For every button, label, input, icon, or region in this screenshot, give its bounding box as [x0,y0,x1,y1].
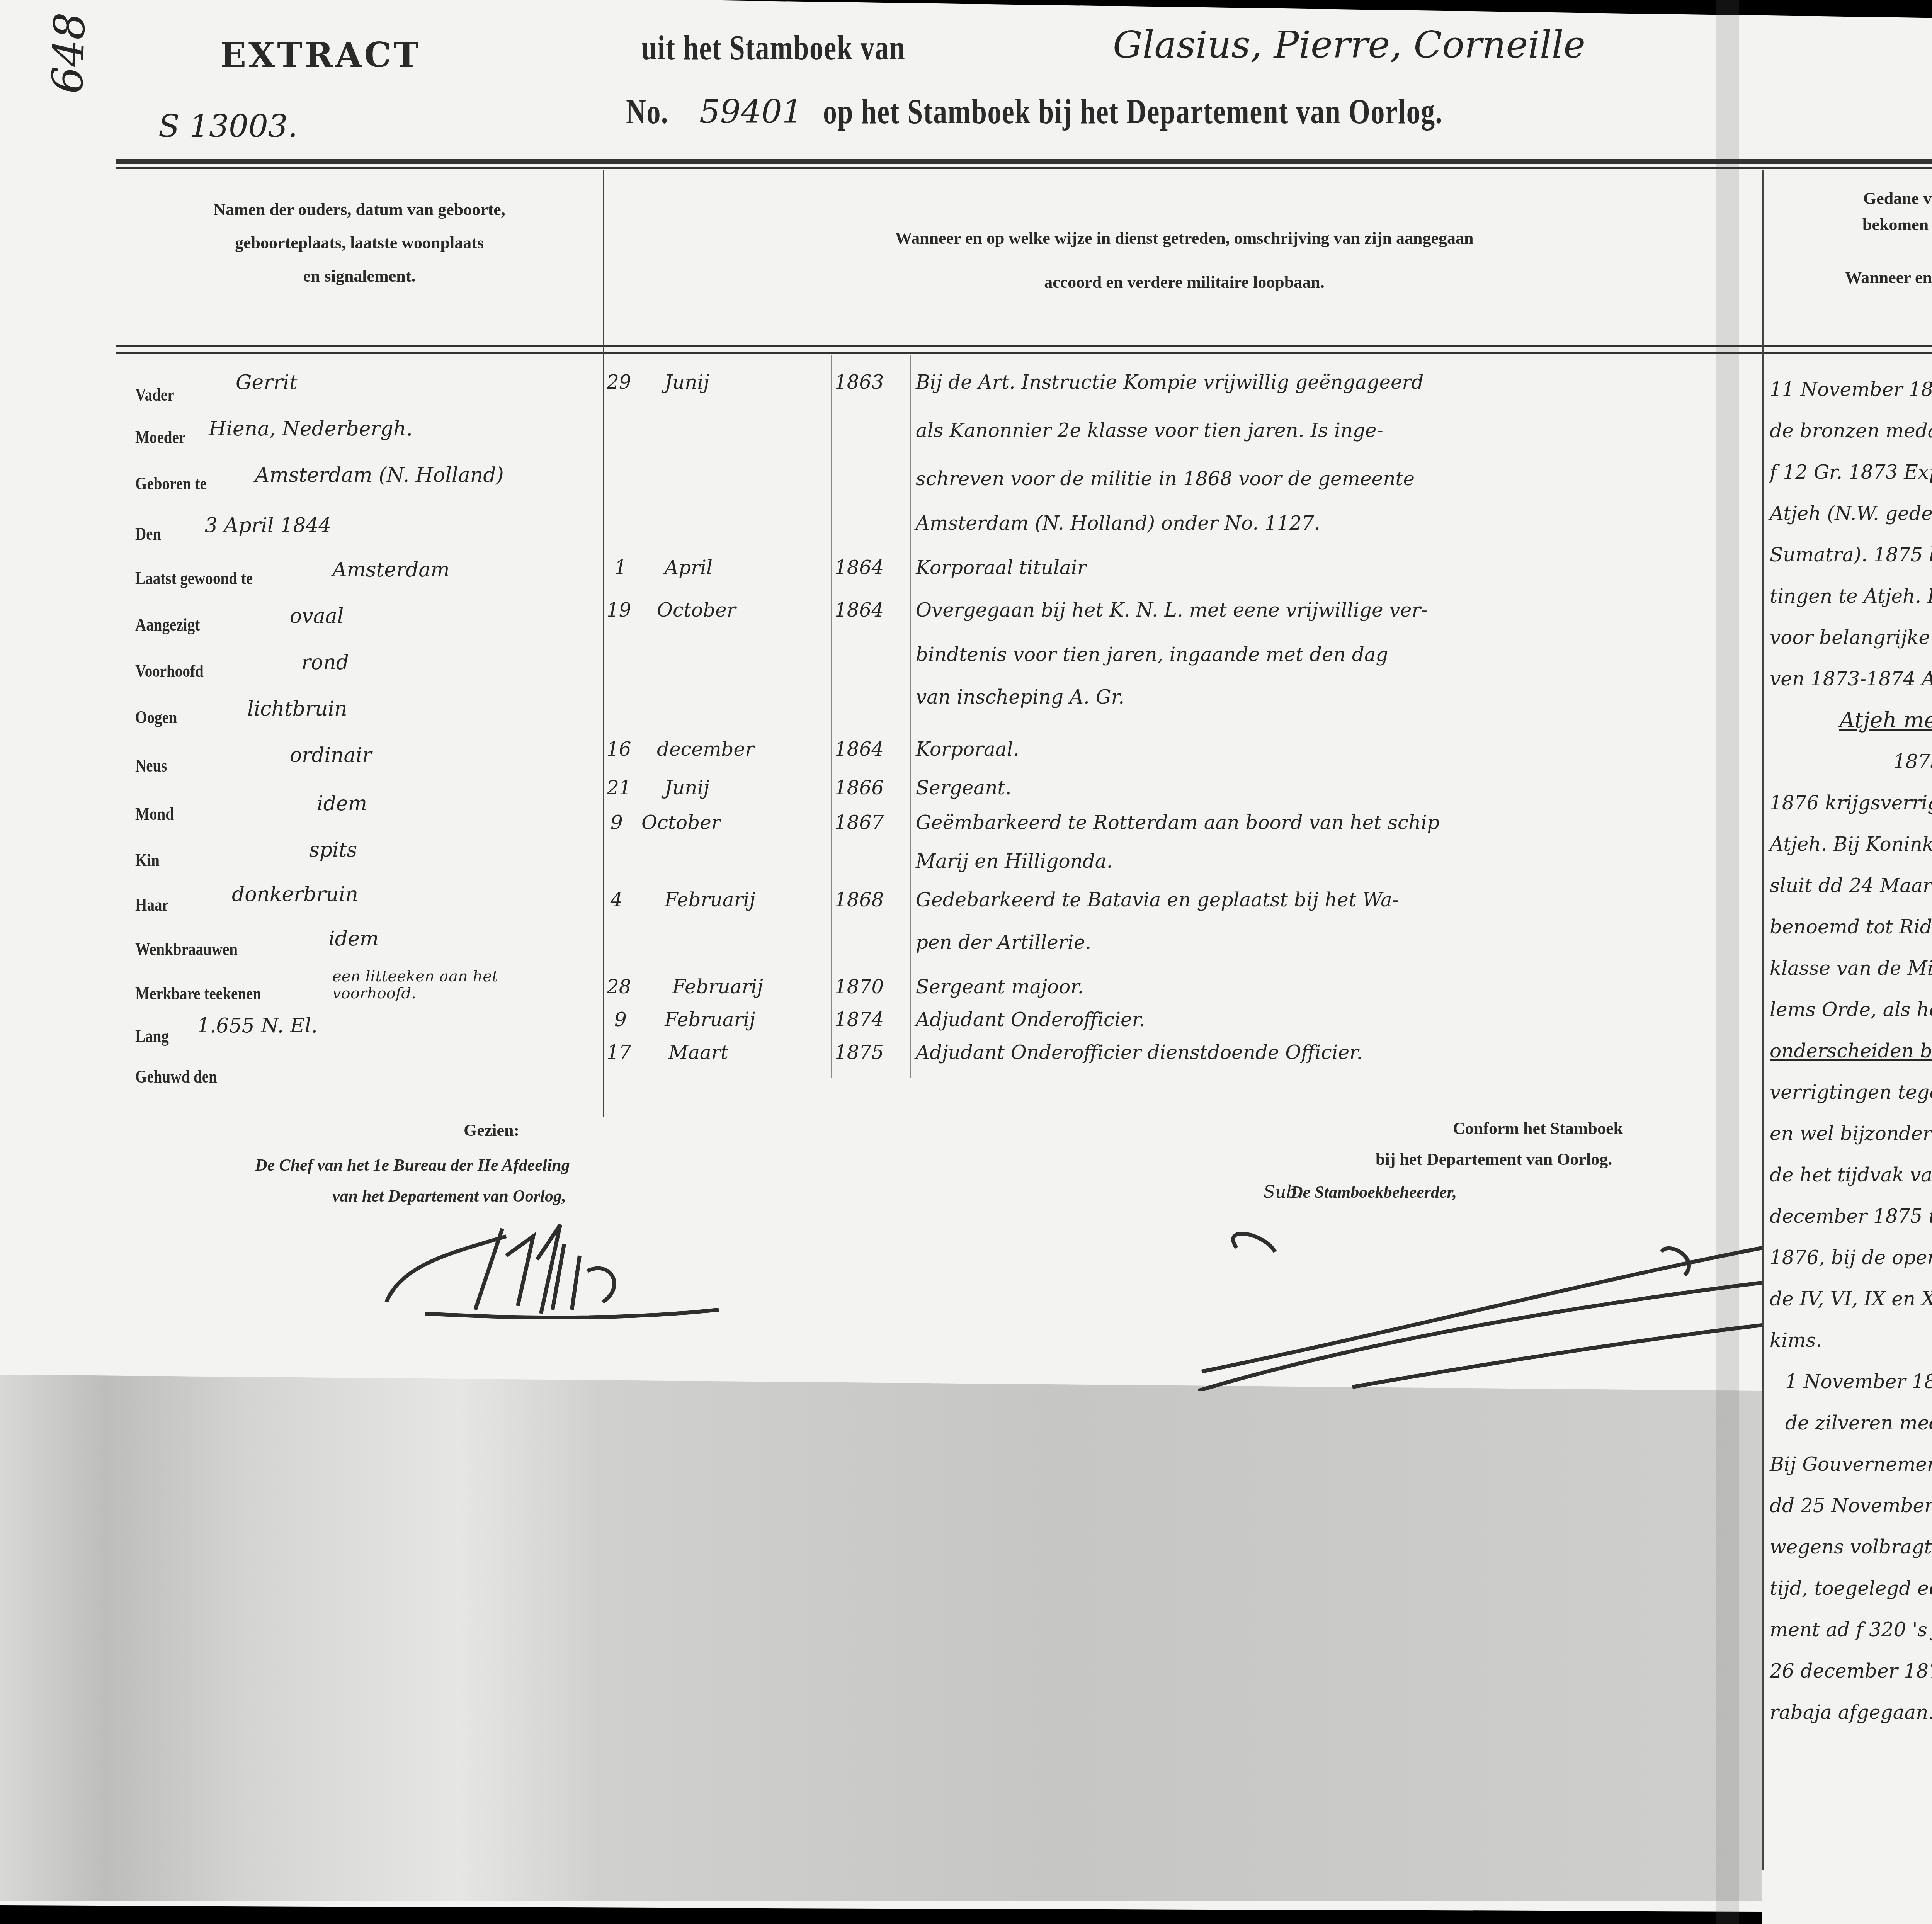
value-moeder: Hiena, Nederbergh. [209,417,413,440]
career-year: 1868 [835,889,884,911]
career-day: 21 [607,777,631,799]
label-gehuwd-den: Gehuwd den [135,1066,217,1087]
career-day: 17 [607,1041,631,1064]
career-text-line: schreven voor de militie in 1868 voor de… [916,467,1415,490]
career-day: 9 [611,811,623,834]
career-month: October [641,811,721,834]
header-top-rule [116,159,1932,164]
career-text-line: Overgegaan bij het K. N. L. met eene vri… [916,599,1427,621]
career-year: 1874 [835,1008,884,1031]
value-lang: 1.655 N. El. [197,1014,318,1037]
career-text-line: Korporaal. [916,738,1019,760]
column-divider-left [603,170,604,1117]
career-text-line: van inscheping A. Gr. [916,686,1124,708]
career-day: 29 [607,371,631,393]
career-text-line: Adjudant Onderofficier dienstdoende Offi… [916,1041,1363,1064]
career-text-line: Geëmbarkeerd te Rotterdam aan boord van … [916,811,1439,834]
margin-note-number: 648 [43,12,95,94]
career-year: 1864 [835,738,884,760]
value-kin: spits [309,838,357,862]
career-text-line: pen der Artillerie. [916,931,1091,954]
header-right: Gedane veldtogten, versierselen, bekomen… [1766,185,1932,291]
label-kin: Kin [135,850,160,870]
career-day: 4 [611,889,623,911]
career-text-line: Marij en Hilligonda. [916,850,1113,872]
label-aangezigt: Aangezigt [135,614,200,635]
date-year-divider [831,355,832,1078]
signature-right [1198,1217,1770,1391]
value-laatst-gewoond: Amsterdam [332,558,450,581]
career-year: 1864 [835,599,884,621]
label-moeder: Moeder [135,427,185,447]
title-no-label: No. [626,91,668,132]
career-year: 1875 [835,1041,884,1064]
career-year: 1863 [835,371,884,393]
career-day: 19 [607,599,631,621]
career-month: October [657,599,736,621]
label-mond: Mond [135,804,174,824]
value-merkbare-teekenen: een litteeken aan het voorhoofd. [332,968,549,1002]
label-haar: Haar [135,894,169,915]
career-text-line: als Kanonnier 2e klasse voor tien jaren.… [916,419,1383,442]
career-text-line: Sergeant majoor. [916,976,1084,998]
career-year: 1864 [835,556,884,579]
career-year: 1866 [835,777,884,799]
career-day: 9 [614,1008,627,1031]
header-bottom-rule-thin [116,352,1932,354]
career-day: 16 [607,738,631,760]
career-month: december [657,738,754,760]
career-month: Maart [668,1041,728,1064]
campaigns-text: 11 November 1871 Toegekend de bronzen me… [1770,369,1932,1733]
header-top-rule-thin [116,167,1932,169]
label-lang: Lang [135,1026,169,1046]
header-middle: Wanneer en op welke wijze in dienst getr… [607,216,1762,305]
label-voorhoofd: Voorhoofd [135,661,204,681]
title-line2: op het Stamboek bij het Departement van … [823,91,1443,132]
career-text-line: Adjudant Onderofficier. [916,1008,1145,1031]
value-vader: Gerrit [236,371,298,394]
atjeh-medal-heading: Atjeh medaille [1770,700,1932,741]
career-month: Februarij [672,976,763,998]
value-aangezigt: ovaal [290,605,344,628]
year-text-divider [910,355,911,1078]
value-den: 3 April 1844 [205,514,331,537]
career-month: Junij [665,777,709,799]
label-merkbare-teekenen: Merkbare teekenen [135,983,261,1004]
career-month: Februarij [665,889,755,911]
signature-left-line2: van het Departement van Oorlog, [332,1186,566,1206]
career-text-line: Bij de Art. Instructie Kompie vrijwillig… [916,371,1424,393]
value-voorhoofd: rond [301,651,349,674]
value-geboren-te: Amsterdam (N. Holland) [255,464,504,487]
career-month: April [665,556,713,579]
title-line1: uit het Stamboek van [641,27,905,68]
value-oogen: lichtbruin [247,697,347,721]
career-day: 1 [614,556,627,579]
value-mond: idem [317,792,367,815]
career-text-line: bindtenis voor tien jaren, ingaande met … [916,643,1388,666]
career-text-line: Gedebarkeerd te Batavia en geplaatst bij… [916,889,1399,911]
career-month: Februarij [665,1008,755,1031]
column-divider-right [1762,170,1764,1870]
value-wenkbraauwen: idem [328,927,379,950]
career-month: Junij [665,371,709,393]
blank-lower-area [0,1375,1762,1901]
stamboek-number: 59401 [699,93,803,131]
gezien-heading: Gezien: [464,1120,519,1140]
label-geboren-te: Geboren te [135,473,207,494]
signature-right-line1: Conform het Stamboek [1453,1118,1623,1138]
label-vader: Vader [135,384,174,405]
signature-left-line1: De Chef van het 1e Bureau der IIe Afdeel… [255,1155,570,1175]
value-haar: donkerbruin [232,883,358,906]
career-text-line: Amsterdam (N. Holland) onder No. 1127. [916,512,1320,534]
header-bottom-rule [116,345,1932,347]
signature-left [379,1209,726,1325]
soldier-name: Glasius, Pierre, Corneille [1113,23,1585,66]
label-laatst-gewoond: Laatst gewoond te [135,568,253,588]
label-oogen: Oogen [135,707,177,727]
value-neus: ordinair [290,744,372,767]
file-number: S 13003. [158,108,298,144]
signature-right-line3: De Stamboekbeheerder, [1291,1182,1457,1202]
label-neus: Neus [135,755,167,776]
career-day: 28 [607,976,631,998]
career-year: 1867 [835,811,884,834]
signature-right-line2: bij het Departement van Oorlog. [1376,1149,1612,1169]
label-wenkbraauwen: Wenkbraauwen [135,939,238,959]
header-left: Namen der ouders, datum van geboorte, ge… [116,193,603,292]
extract-heading: EXTRACT [220,35,421,75]
career-text-line: Korporaal titulair [916,556,1087,579]
career-text-line: Sergeant. [916,777,1011,799]
label-den: Den [135,523,161,544]
career-year: 1870 [835,976,884,998]
